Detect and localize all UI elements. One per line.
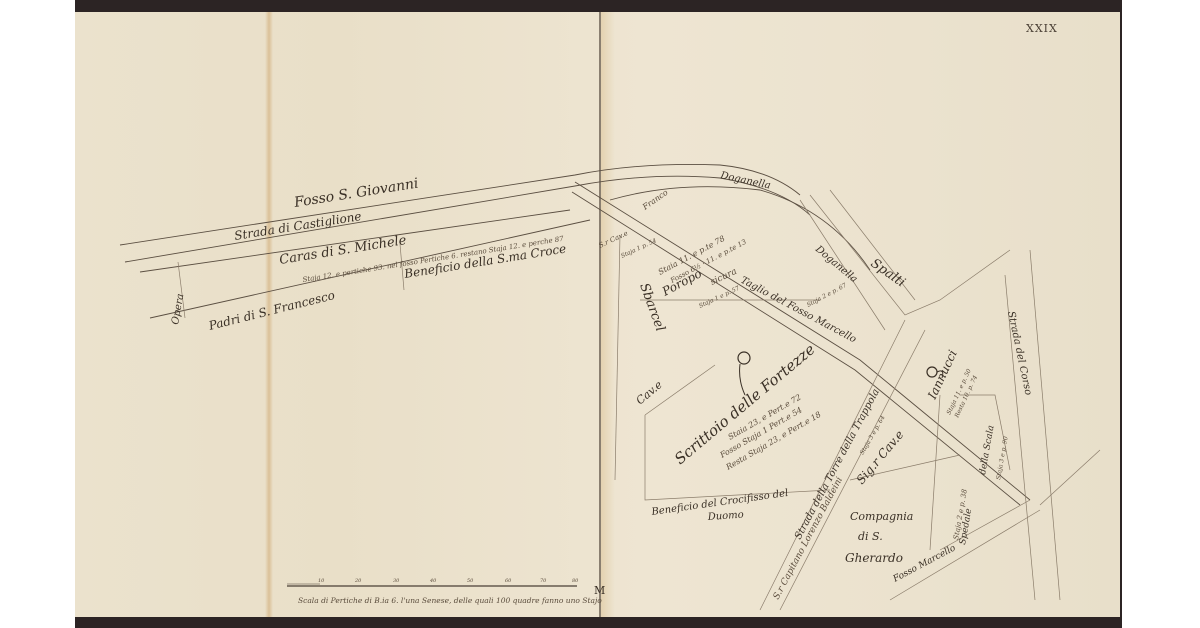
cadastral-map: Fosso S. Giovanni Strada di Castiglione … [75,12,1120,617]
scale-tick-40: 40 [429,578,437,584]
map-frame: XXIX [75,0,1122,628]
label-cav-area: Staja 1 p. 54 [620,237,658,260]
label-poropo-sicura: sicura [709,267,739,288]
corso-line-2 [1030,250,1060,600]
corso-branch [1040,450,1100,505]
scale-tick-30: 30 [393,578,400,584]
label-duomo: Duomo [706,510,744,524]
scale-tick-70: 70 [540,578,547,584]
label-doganella-mid: Doganella [812,243,859,285]
label-di-s: di S. [858,530,883,543]
scale-tick-20: 20 [354,578,362,584]
label-fosso-s-giovanni: Fosso S. Giovanni [292,176,419,212]
taglio-line-a [575,182,1030,500]
map-paper: XXIX [75,12,1120,617]
label-strada-corso: Strada del Corso [1005,310,1034,396]
scale-caption: Scala di Pertiche di B.ia 6. l'una Senes… [298,596,602,605]
label-cav-top: S.r Cav.e [597,229,629,250]
scale-tick-80: 80 [572,578,579,584]
label-fosso-marcello-parcel: Staja 2 e p. 67 [806,282,848,309]
scale-bar: 10 20 30 40 50 60 70 80 [287,578,579,586]
label-poropo-small: Staja 1 e p. 57 [698,285,741,310]
label-strada-castiglione: Strada di Castiglione [233,209,362,243]
trappola-line-2 [780,330,925,610]
label-padri-francesco: Padri di S. Francesco [206,288,336,333]
label-sig-cav: Sig.r Cav.e [854,428,907,487]
label-della-scala: della Scala [978,425,997,476]
label-compagnia: Compagnia [850,510,913,523]
scale-tick-60: 60 [505,578,512,584]
label-spalti: Spalti [868,256,908,290]
scale-tick-50: 50 [467,578,474,584]
scale-marker-m: M [594,584,605,597]
label-franco: Franco [640,188,670,212]
spedale-boundary [930,395,940,550]
fosso-marcello-lower [940,500,1030,550]
sbarcel-boundary [615,235,620,480]
label-gherardo: Gherardo [845,551,903,565]
label-cav-left: Cav.e [634,378,666,407]
label-scrittoio: Scrittoio delle Fortezze [671,340,819,468]
spalti-line-1 [810,195,1010,315]
scale-tick-10: 10 [318,578,325,584]
